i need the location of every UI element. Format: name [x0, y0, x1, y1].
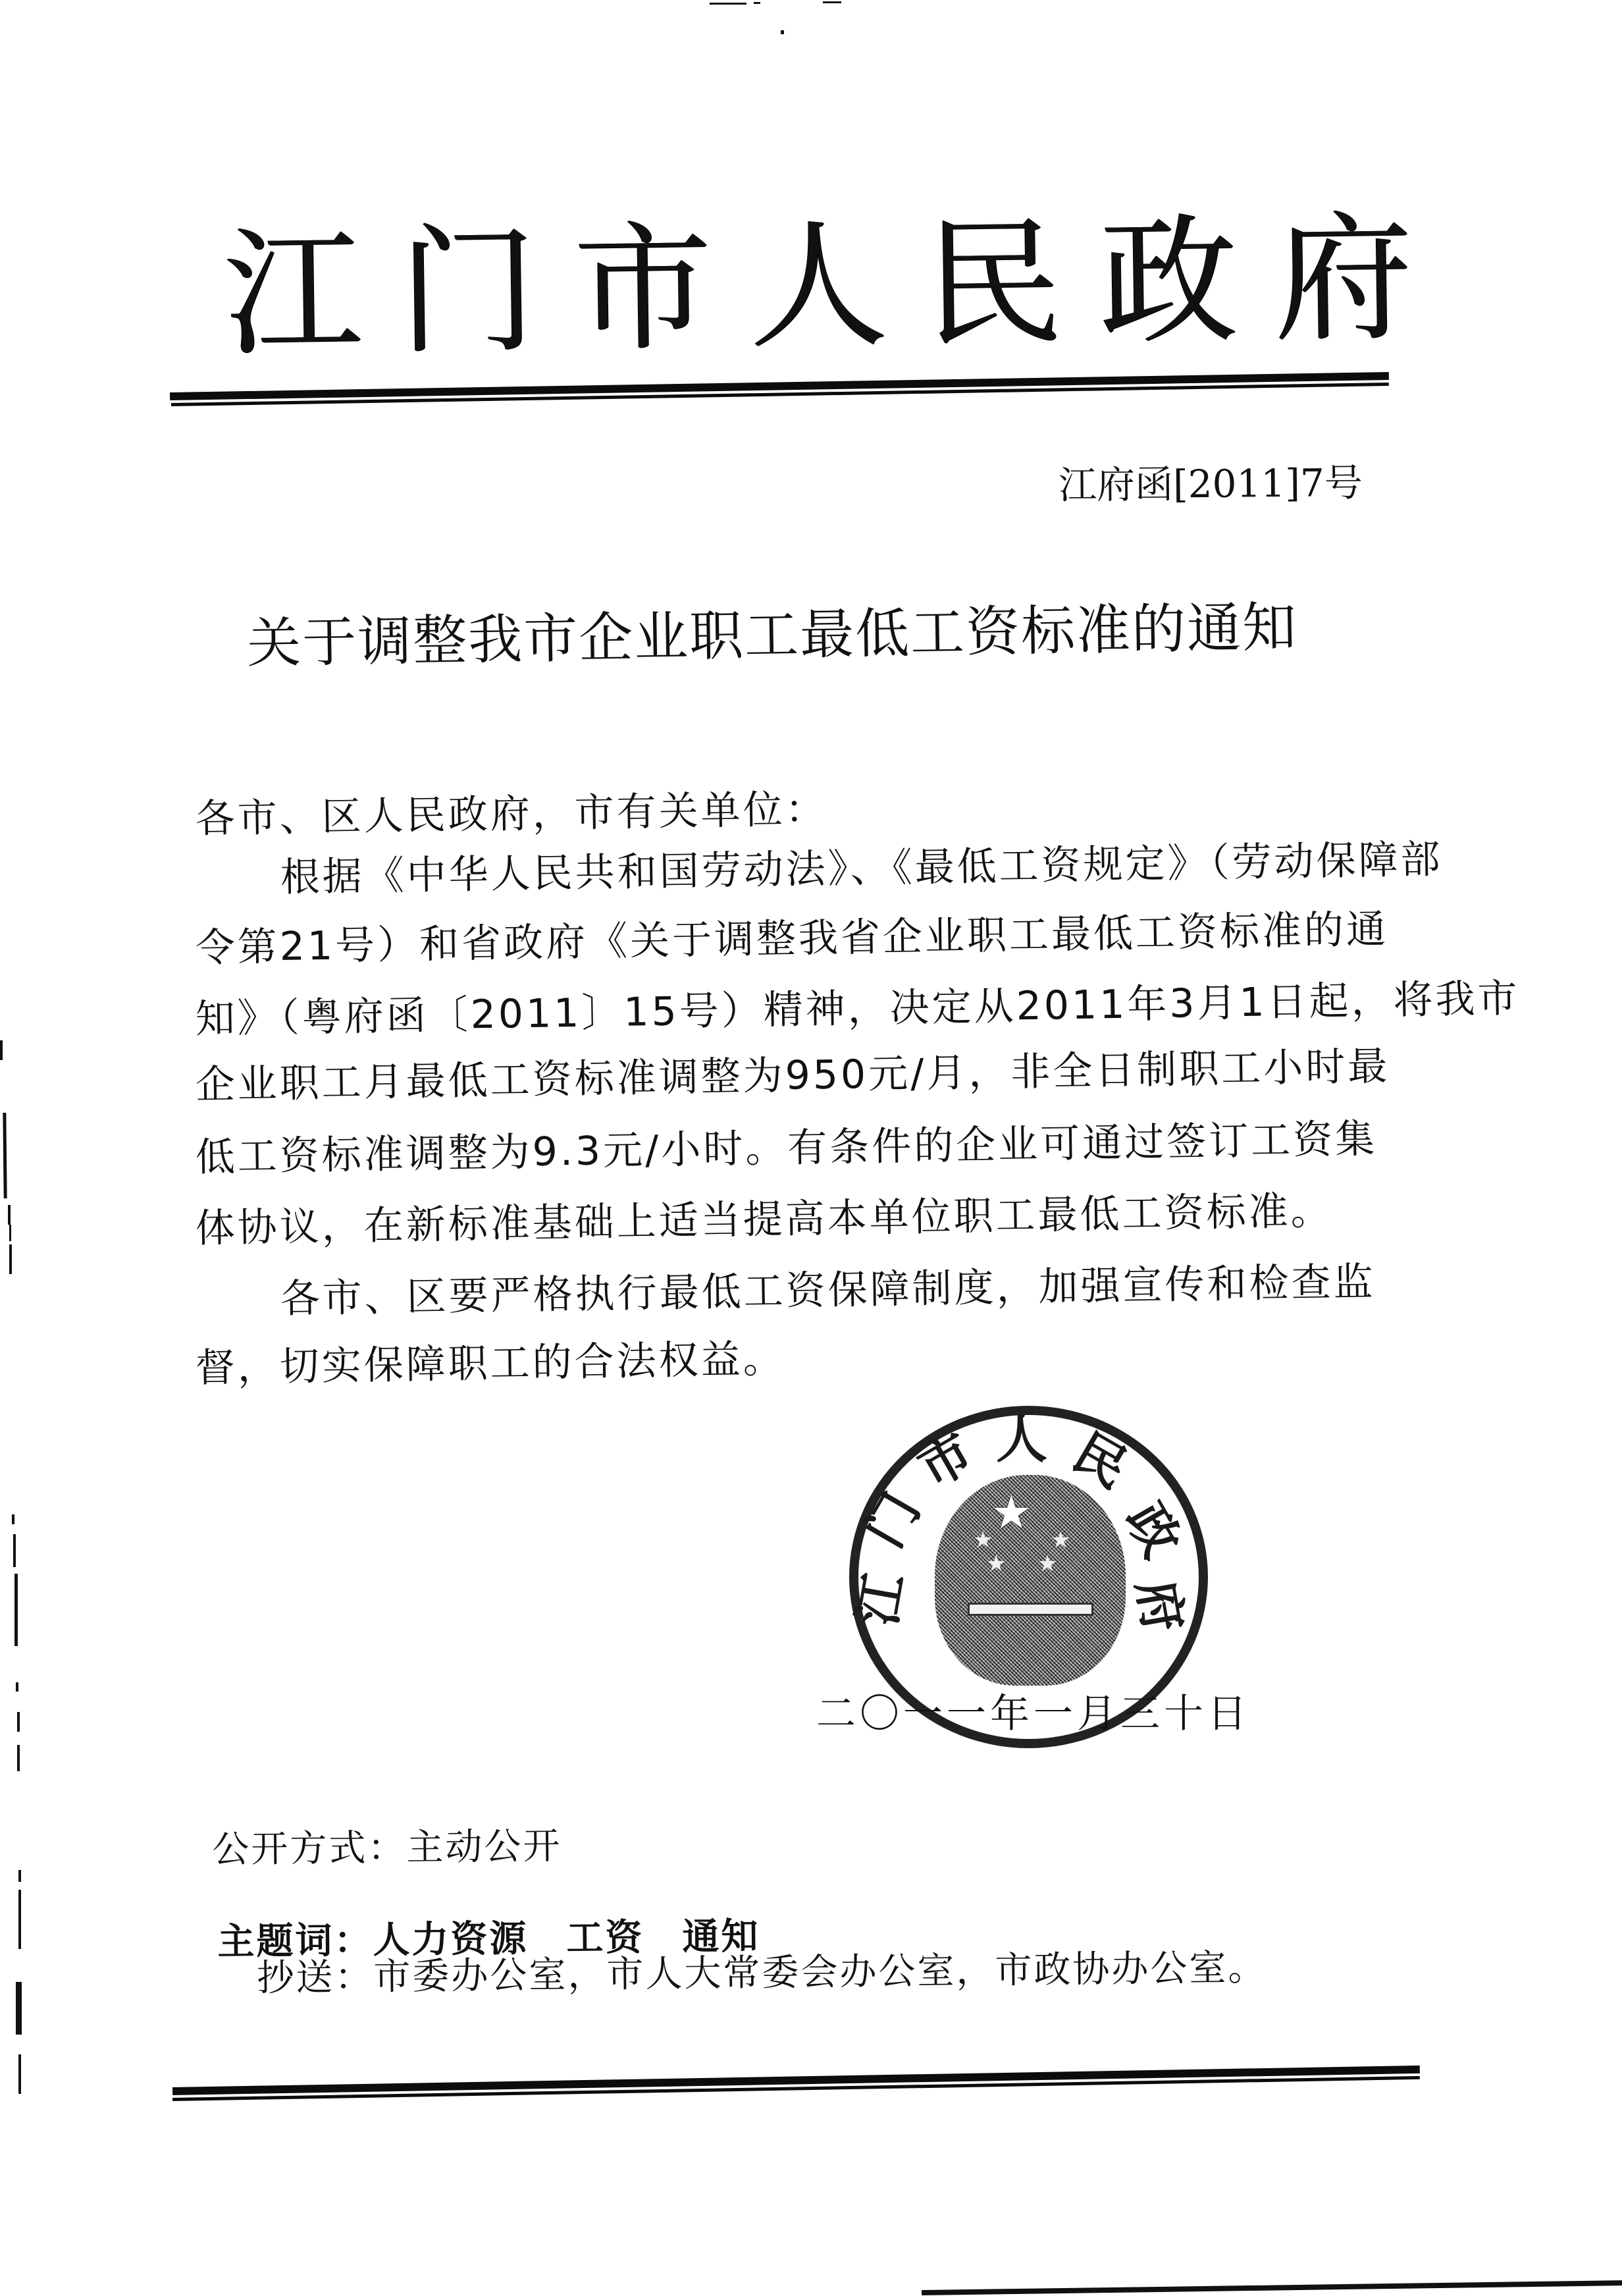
seal-char: 府 [1130, 1576, 1189, 1636]
body-line: 低工资标准调整为9.3元/小时。有条件的企业可通过签订工资集 [195, 1108, 1378, 1183]
scan-edge-line [17, 1712, 20, 1732]
scan-artifact-top [823, 1, 841, 3]
scan-edge-line [3, 1113, 7, 1198]
star-icon: ★ [986, 1553, 1006, 1575]
body-line: 体协议，在新标准基础上适当提高本单位职工最低工资标准。 [195, 1179, 1333, 1254]
cc-value: 市委办公室，市人大常委会办公室，市政协办公室。 [373, 1946, 1267, 1998]
scan-artifact-dot [781, 30, 784, 34]
scan-edge-line [9, 1244, 12, 1274]
scan-edge-line [18, 2054, 21, 2094]
star-icon: ★ [973, 1529, 993, 1551]
scan-edge-line [16, 1682, 18, 1692]
body-line: 令第21号）和省政府《关于调整我省企业职工最低工资标准的通 [195, 898, 1388, 973]
disclosure-value: 主动公开 [406, 1825, 562, 1869]
emblem-gate-bar [968, 1603, 1093, 1616]
scan-edge-line [0, 1040, 3, 1060]
scan-edge-line [18, 1890, 21, 1949]
signing-date: 二〇一一年一月三十日 [816, 1682, 1251, 1739]
issuer-title: 江门市人民政府 [223, 209, 1451, 364]
seal-char: 江 [852, 1570, 911, 1629]
scan-edge-line [8, 1205, 11, 1225]
scan-edge-line [18, 1870, 21, 1882]
disclosure-label: 公开方式： [212, 1827, 407, 1871]
star-icon: ★ [991, 1489, 1032, 1535]
scan-edge-line [16, 1982, 22, 2035]
body-line: 企业职工月最低工资标准调整为950元/月，非全日制职工小时最 [195, 1034, 1390, 1109]
scan-edge-line [12, 1514, 14, 1524]
scan-edge-line [14, 1574, 18, 1646]
document-subject: 关于调整我市企业职工最低工资标准的通知 [246, 584, 1298, 678]
scan-edge-line [9, 1225, 11, 1241]
scan-artifact-top [710, 3, 746, 5]
document-number: 江府函[2011]7号 [1059, 452, 1363, 510]
cc-line: 抄送：市委办公室，市人大常委会办公室，市政协办公室。 [257, 1938, 1267, 2002]
scan-edge-line [17, 1745, 20, 1771]
addressee: 各市、区人民政府，市有关单位： [195, 778, 827, 844]
body-line: 各市、区要严格执行最低工资保障制度，加强宣传和检查监 [280, 1250, 1376, 1324]
star-icon: ★ [1037, 1553, 1057, 1575]
disclosure-line: 公开方式：主动公开 [212, 1817, 562, 1873]
scan-artifact-top [754, 2, 760, 4]
seal-char: 人 [996, 1414, 1047, 1466]
star-icon: ★ [1051, 1529, 1070, 1551]
cc-label: 抄送： [257, 1956, 374, 2000]
body-line: 知》（粤府函〔2011〕15号）精神，决定从2011年3月1日起，将我市 [195, 967, 1520, 1044]
body-line: 督，切实保障职工的合法权益。 [195, 1327, 785, 1393]
scan-edge-line [13, 1534, 16, 1567]
scan-edge-bottom [922, 2280, 1622, 2295]
